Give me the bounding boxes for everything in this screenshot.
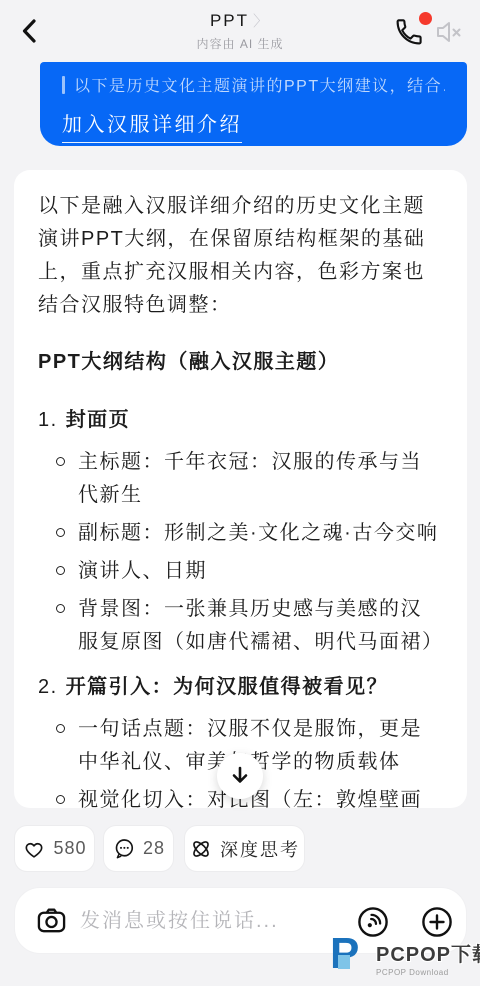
section-title-text: 开篇引入：为何汉服值得被看见？ [66,671,389,704]
bullet-text: 演讲人、日期 [78,555,207,588]
scroll-down-button[interactable] [217,753,263,799]
chevron-left-icon [17,17,43,45]
knot-atom-icon [189,837,213,861]
back-button[interactable] [14,15,46,47]
answer-intro: 以下是融入汉服详细介绍的历史文化主题演讲PPT大纲，在保留原结构框架的基础上，重… [38,190,443,322]
section-title: 1. 封面页 [38,404,443,437]
page-title: PPT [210,11,249,30]
chat-header: PPT〉 内容由 AI 生成 [0,0,480,62]
comment-button[interactable]: 28 [103,825,174,872]
outline-heading: PPT大纲结构（融入汉服主题） [38,346,443,379]
camera-icon [36,905,67,936]
bullet-circle-icon [56,724,65,733]
pcpop-logo-icon: P [328,933,372,981]
bullet-circle-icon [56,604,65,613]
quoted-message: 以下是历史文化主题演讲的PPT大纲建议，结合… [62,73,445,96]
list-item: 副标题：形制之美·文化之魂·古今交响 [56,517,443,550]
comment-count: 28 [143,838,165,859]
bullet-text: 视觉化切入：对比图（左：敦煌壁画中的汉服形象；右：当代汉服爱好者实 [78,784,443,808]
arrow-down-icon [229,764,251,788]
bullet-text: 主标题：千年衣冠：汉服的传承与当代新生 [78,446,443,512]
chat-title[interactable]: PPT〉 内容由 AI 生成 [120,10,360,52]
bullet-circle-icon [56,566,65,575]
speaker-muted-icon [434,17,466,47]
bullet-circle-icon [56,795,65,804]
like-count: 580 [53,838,86,859]
bullet-circle-icon [56,528,65,537]
list-item: 背景图：一张兼具历史感与美感的汉服复原图（如唐代襦裙、明代马面裙） [56,593,443,659]
section-title: 2. 开篇引入：为何汉服值得被看见？ [38,671,443,704]
ai-generated-note: 内容由 AI 生成 [120,35,360,52]
chat-bubble-icon [112,837,136,861]
message-input[interactable] [80,897,330,945]
mute-button[interactable] [434,17,466,49]
outline-section-1: 1. 封面页 主标题：千年衣冠：汉服的传承与当代新生 副标题：形制之美·文化之魂… [38,404,443,659]
user-message-bubble: 以下是历史文化主题演讲的PPT大纲建议，结合… 加入汉服详细介绍 [40,62,467,146]
heart-icon [22,837,46,861]
red-dot-badge [419,12,432,25]
bullet-circle-icon [56,457,65,466]
watermark-subtext: PCPOP Download [376,968,480,977]
bullet-text: 背景图：一张兼具历史感与美感的汉服复原图（如唐代襦裙、明代马面裙） [78,593,443,659]
deep-think-label: 深度思考 [220,836,300,862]
ai-answer-card: 以下是融入汉服详细介绍的历史文化主题演讲PPT大纲，在保留原结构框架的基础上，重… [14,170,467,808]
quote-bar [62,76,65,94]
list-item: 主标题：千年衣冠：汉服的传承与当代新生 [56,446,443,512]
section-number: 1. [38,404,58,437]
camera-button[interactable] [36,905,67,936]
chevron-right-icon: 〉 [253,13,270,30]
section-title-text: 封面页 [66,404,131,437]
like-button[interactable]: 580 [14,825,95,872]
user-message-link[interactable]: 加入汉服详细介绍 [62,108,242,143]
list-item: 演讲人、日期 [56,555,443,588]
watermark-brand: PCPOP下载 [376,938,480,967]
quote-text: 以下是历史文化主题演讲的PPT大纲建议，结合… [74,73,445,96]
bullet-text: 副标题：形制之美·文化之魂·古今交响 [78,517,438,550]
deep-think-button[interactable]: 深度思考 [184,825,305,872]
watermark: P PCPOP下载 PCPOP Download [328,930,478,984]
section-number: 2. [38,671,58,704]
